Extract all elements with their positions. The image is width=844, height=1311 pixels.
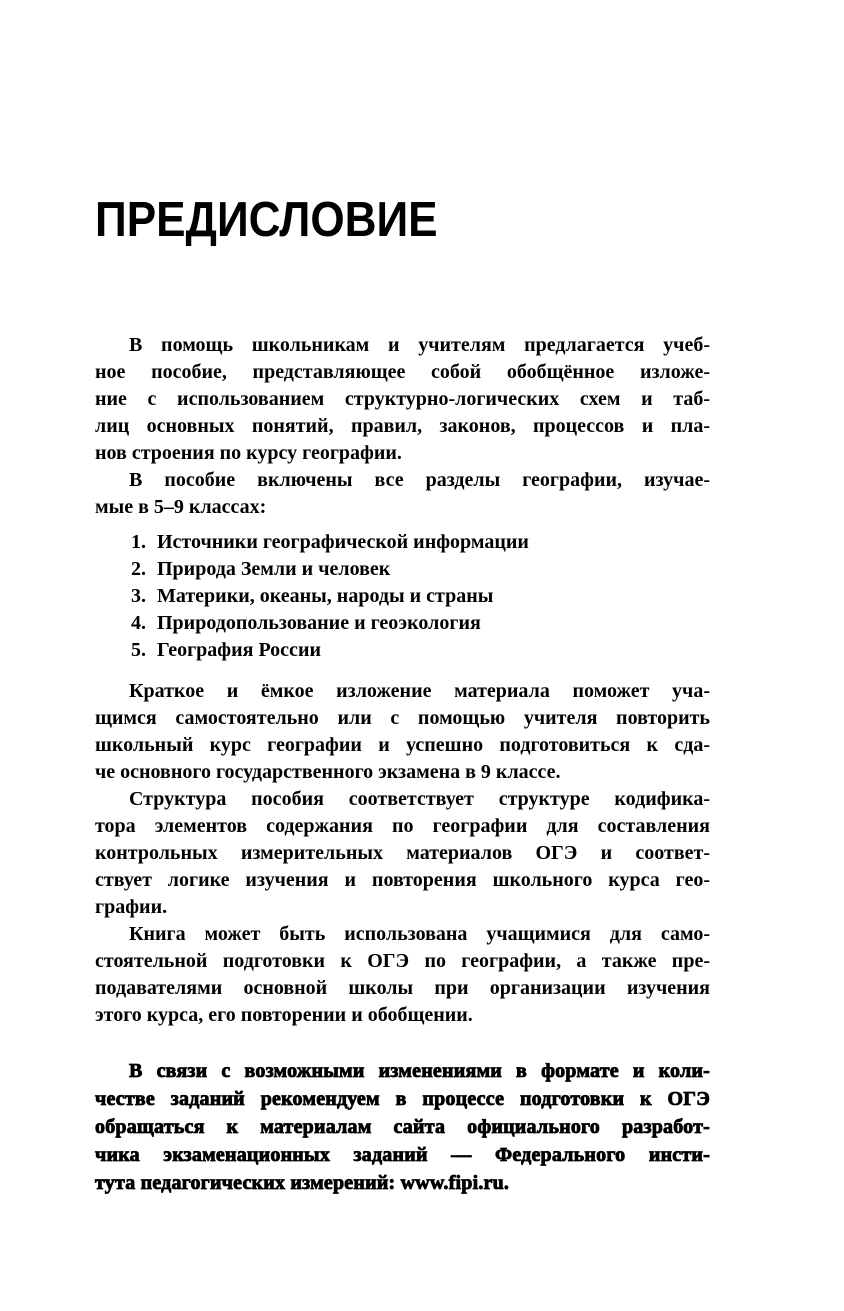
text-line: Структура пособия соответствует структур… xyxy=(95,786,710,813)
text-line: стоятельной подготовки к ОГЭ по географи… xyxy=(95,948,710,975)
list-item-number: 2. xyxy=(131,556,157,583)
list-item-text: Природопользование и геоэкология xyxy=(157,612,481,634)
text-line: че основного государственного экзамена в… xyxy=(95,759,710,786)
list-item-text: Материки, океаны, народы и страны xyxy=(157,585,493,607)
text-line: В пособие включены все разделы географии… xyxy=(95,467,710,494)
paragraph: Краткое и ёмкое изложение материала помо… xyxy=(95,678,710,786)
text-line: тора элементов содержания по географии д… xyxy=(95,813,710,840)
text-line: лиц основных понятий, правил, законов, п… xyxy=(95,413,710,440)
text-line: ное пособие, представляющее собой обобщё… xyxy=(95,359,710,386)
paragraph: Структура пособия соответствует структур… xyxy=(95,786,710,921)
list-item-text: География России xyxy=(157,639,321,661)
text-line: Книга может быть использована учащимися … xyxy=(95,921,710,948)
text-line: подавателями основной школы при организа… xyxy=(95,975,710,1002)
list-item-number: 1. xyxy=(131,529,157,556)
paragraph: В связи с возможными изменениями в форма… xyxy=(95,1057,710,1197)
text-line: Краткое и ёмкое изложение материала помо… xyxy=(95,678,710,705)
text-line: тута педагогических измерений: www.fipi.… xyxy=(95,1169,710,1197)
text-line: щимся самостоятельно или с помощью учите… xyxy=(95,705,710,732)
text-line: В помощь школьникам и учителям предлагае… xyxy=(95,332,710,359)
list-item: 4.Природопользование и геоэкология xyxy=(95,610,710,637)
list-item-number: 5. xyxy=(131,637,157,664)
paragraph: В помощь школьникам и учителям предлагае… xyxy=(95,332,710,467)
paragraph: Книга может быть использована учащимися … xyxy=(95,921,710,1029)
list-item: 3.Материки, океаны, народы и страны xyxy=(95,583,710,610)
text-line: мые в 5–9 классах: xyxy=(95,494,710,521)
list-item-text: Источники географической информации xyxy=(157,531,529,553)
preface-body: В помощь школьникам и учителям предлагае… xyxy=(95,332,710,1197)
text-line: ние с использованием структурно-логическ… xyxy=(95,386,710,413)
text-line: В связи с возможными изменениями в форма… xyxy=(95,1057,710,1085)
text-line: контрольных измерительных материалов ОГЭ… xyxy=(95,840,710,867)
text-line: школьный курс географии и успешно подгот… xyxy=(95,732,710,759)
text-line: ствует логике изучения и повторения школ… xyxy=(95,867,710,894)
text-line: чика экзаменационных заданий — Федеральн… xyxy=(95,1141,710,1169)
text-line: графии. xyxy=(95,894,710,921)
text-line: честве заданий рекомендуем в процессе по… xyxy=(95,1085,710,1113)
list-item-number: 4. xyxy=(131,610,157,637)
numbered-list: 1.Источники географической информации2.П… xyxy=(95,529,710,664)
page-title: ПРЕДИСЛОВИЕ xyxy=(95,196,438,245)
list-item: 5.География России xyxy=(95,637,710,664)
book-page: ПРЕДИСЛОВИЕ В помощь школьникам и учител… xyxy=(0,0,844,1311)
list-item-text: Природа Земли и человек xyxy=(157,558,390,580)
text-line: этого курса, его повторении и обобщении. xyxy=(95,1002,710,1029)
paragraph: В пособие включены все разделы географии… xyxy=(95,467,710,521)
list-item: 1.Источники географической информации xyxy=(95,529,710,556)
text-line: нов строения по курсу географии. xyxy=(95,440,710,467)
text-line: обращаться к материалам сайта официально… xyxy=(95,1113,710,1141)
list-item: 2.Природа Земли и человек xyxy=(95,556,710,583)
list-item-number: 3. xyxy=(131,583,157,610)
